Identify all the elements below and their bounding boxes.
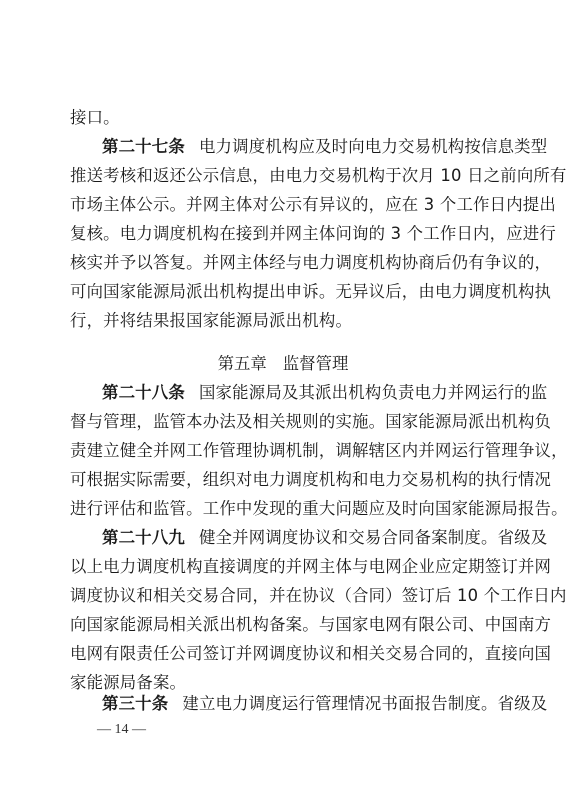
article-heading: 第二十八九 bbox=[102, 528, 185, 547]
text-line: 以上电力调度机构直接调度的并网主体与电网企业应定期签订并网 bbox=[70, 557, 490, 577]
article-heading: 第二十八条 bbox=[102, 383, 185, 402]
article-text: 电力调度机构应及时向电力交易机构按信息类型 bbox=[199, 137, 547, 156]
article-29-first-line: 第二十八九健全并网调度协议和交易合同备案制度。省级及 bbox=[70, 528, 490, 548]
text-line: 行，并将结果报国家能源局派出机构。 bbox=[70, 311, 490, 331]
text-line: 可向国家能源局派出机构提出申诉。无异议后，由电力调度机构执 bbox=[70, 282, 490, 302]
article-text: 建立电力调度运行管理情况书面报告制度。省级及 bbox=[182, 694, 547, 713]
document-page: 接口。 第二十七条电力调度机构应及时向电力交易机构按信息类型 推送考核和返还公示… bbox=[0, 0, 566, 800]
chapter-heading: 第五章监督管理 bbox=[0, 354, 566, 374]
article-text: 国家能源局及其派出机构负责电力并网运行的监 bbox=[199, 383, 547, 402]
text-line: 家能源局备案。 bbox=[70, 673, 490, 693]
text-line: 进行评估和监管。工作中发现的重大问题应及时向国家能源局报告。 bbox=[70, 499, 490, 519]
text-line: 责建立健全并网工作管理协调机制，调解辖区内并网运行管理争议， bbox=[70, 441, 490, 461]
article-30-first-line: 第三十条建立电力调度运行管理情况书面报告制度。省级及 bbox=[70, 694, 490, 714]
text-line: 核实并予以答复。并网主体经与电力调度机构协商后仍有争议的， bbox=[70, 253, 490, 273]
text-line: 复核。电力调度机构在接到并网主体问询的 3 个工作日内，应进行 bbox=[70, 224, 490, 244]
text-line: 督与管理，监管本办法及相关规则的实施。国家能源局派出机构负 bbox=[70, 412, 490, 432]
text-line: 接口。 bbox=[70, 108, 490, 128]
text-line: 可根据实际需要，组织对电力调度机构和电力交易机构的执行情况 bbox=[70, 470, 490, 490]
article-28-first-line: 第二十八条国家能源局及其派出机构负责电力并网运行的监 bbox=[70, 383, 490, 403]
text-line: 推送考核和返还公示信息，由电力交易机构于次月 10 日之前向所有 bbox=[70, 166, 490, 186]
text-line: 市场主体公示。并网主体对公示有异议的，应在 3 个工作日内提出 bbox=[70, 195, 490, 215]
article-text: 健全并网调度协议和交易合同备案制度。省级及 bbox=[199, 528, 547, 547]
article-27-first-line: 第二十七条电力调度机构应及时向电力交易机构按信息类型 bbox=[70, 137, 490, 157]
chapter-number: 第五章 bbox=[218, 354, 267, 373]
chapter-title: 监督管理 bbox=[283, 354, 349, 373]
text-line: 电网有限责任公司签订并网调度协议和相关交易合同的，直接向国 bbox=[70, 644, 490, 664]
page-number: — 14 — bbox=[97, 722, 146, 738]
article-heading: 第二十七条 bbox=[102, 137, 185, 156]
text-line: 向国家能源局相关派出机构备案。与国家电网有限公司、中国南方 bbox=[70, 615, 490, 635]
article-heading: 第三十条 bbox=[102, 694, 168, 713]
text-line: 调度协议和相关交易合同，并在协议（合同）签订后 10 个工作日内 bbox=[70, 586, 490, 606]
